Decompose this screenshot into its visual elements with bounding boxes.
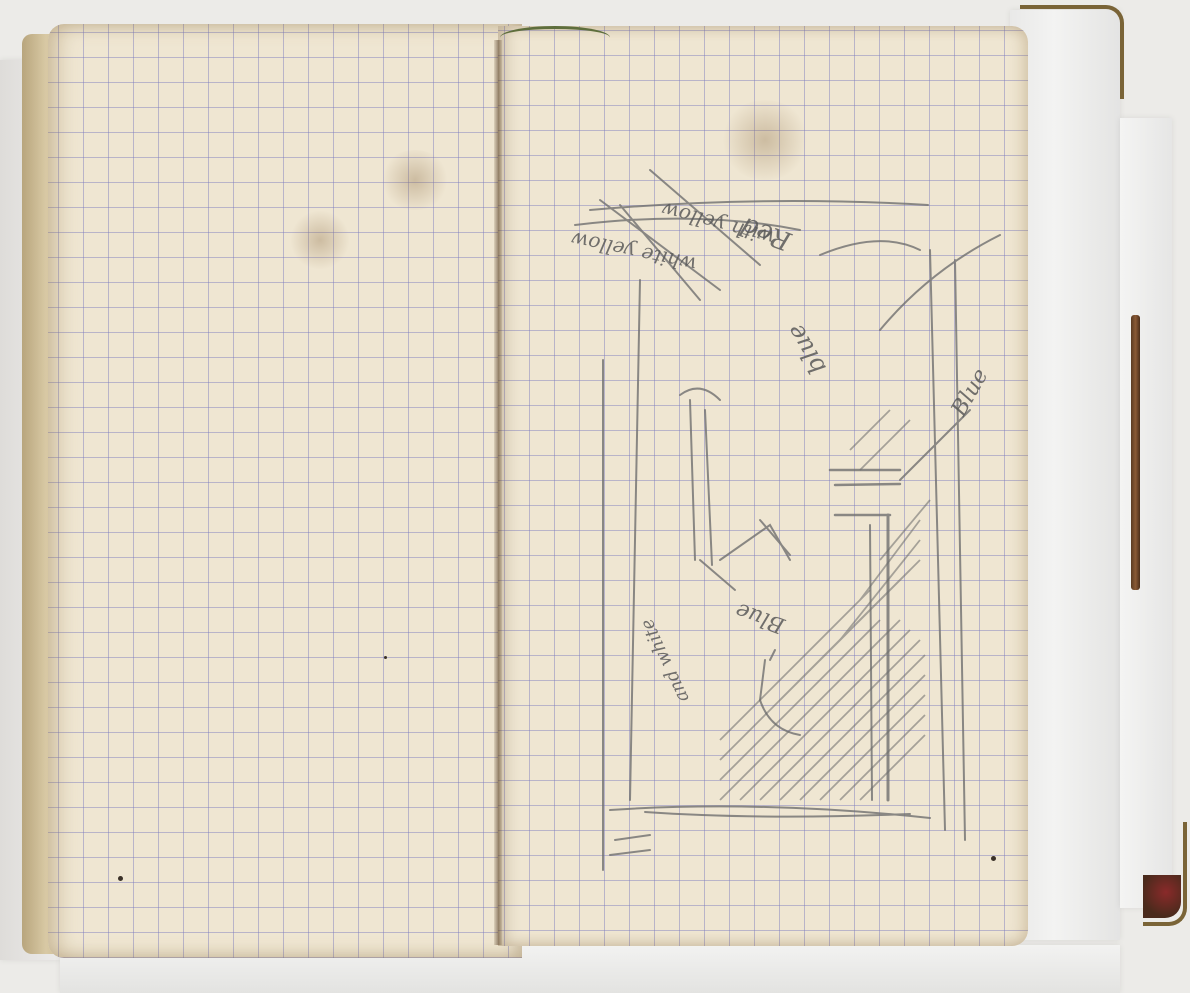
- cover-clasp: [1131, 315, 1140, 590]
- paper-speck: [118, 876, 123, 881]
- book-gutter: [494, 40, 502, 945]
- cover-metal-corner-bottom: [1143, 822, 1187, 926]
- paper-smudge: [290, 210, 350, 270]
- paper-smudge: [380, 150, 450, 210]
- paper-smudge: [720, 100, 810, 180]
- sketchbook-photo: Red with yellow white yellow blue Blue B…: [0, 0, 1190, 993]
- cover-metal-corner-top: [1020, 5, 1124, 99]
- left-page: [48, 24, 522, 958]
- tissue-interleaf-right-outer: [1120, 118, 1172, 908]
- binding-thread: [500, 26, 610, 49]
- paper-speck: [384, 656, 387, 659]
- paper-speck: [991, 856, 996, 861]
